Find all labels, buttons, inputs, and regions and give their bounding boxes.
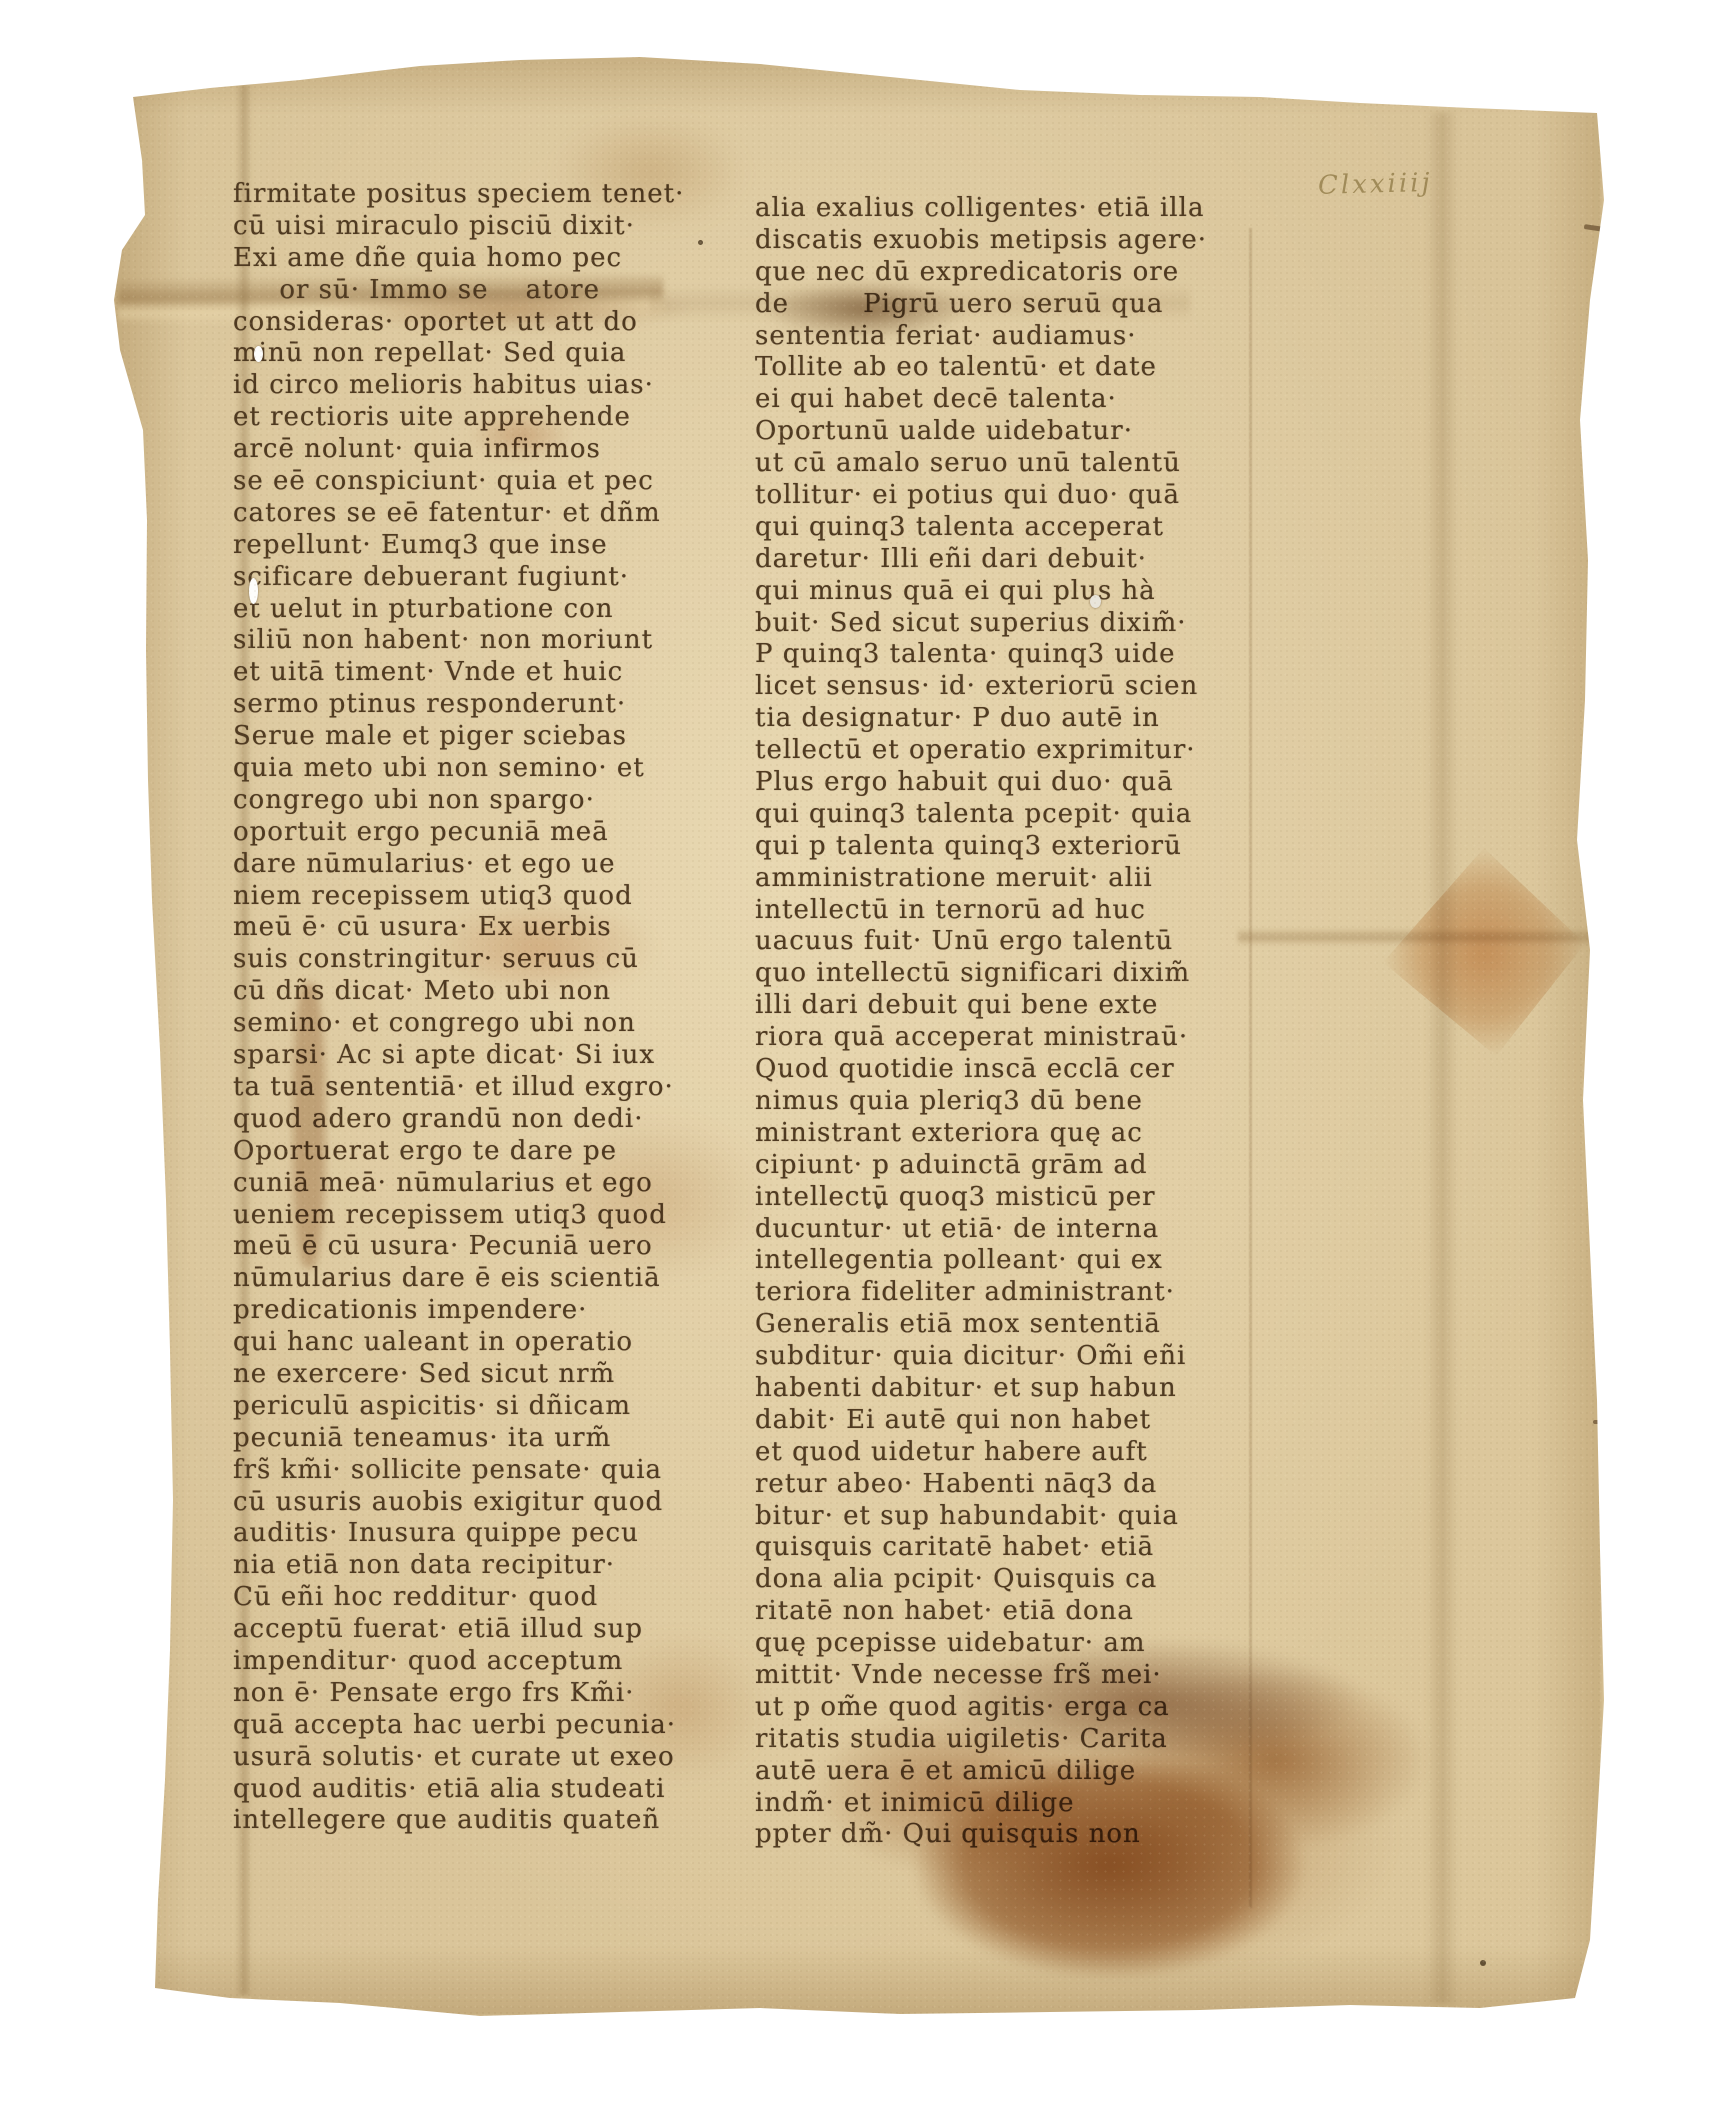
text-line: ministrant exteriora quę ac — [755, 1118, 1255, 1150]
stitch-mark — [1590, 1104, 1599, 1108]
text-line: Cū eñi hoc redditur· quod — [233, 1582, 725, 1614]
edge-shading-bottom — [150, 1948, 1595, 2016]
text-line: et quod uidetur habere auft — [755, 1437, 1255, 1469]
ink-speck — [876, 1204, 881, 1209]
text-line: Plus ergo habuit qui duo· quā — [755, 767, 1255, 799]
text-line: minū non repellat· Sed quia — [233, 338, 725, 370]
stitch-mark — [1593, 1420, 1602, 1424]
text-line: nimus quia pleriq3 dū bene — [755, 1086, 1255, 1118]
text-line: catores se eē fatentur· et dñm — [233, 498, 725, 530]
text-line: cū uisi miraculo pisciū dixit· — [233, 211, 725, 243]
text-line: tellectū et operatio exprimitur· — [755, 735, 1255, 767]
text-line: intellegere que auditis quateñ — [233, 1805, 725, 1837]
text-line: auditis· Inusura quippe pecu — [233, 1518, 725, 1550]
text-line: licet sensus· id· exteriorū scien — [755, 671, 1255, 703]
text-line: quo intellectū significari dixim̃ — [755, 958, 1255, 990]
text-line: amministratione meruit· alii — [755, 863, 1255, 895]
text-line: qui p talenta quinq3 exteriorū — [755, 831, 1255, 863]
text-line: discatis exuobis metipsis agere· — [755, 225, 1255, 257]
text-line: sermo ptinus responderunt· — [233, 689, 725, 721]
text-line: scificare debuerant fugiunt· — [233, 562, 725, 594]
text-line: semino· et congrego ubi non — [233, 1008, 725, 1040]
text-line: Oportuerat ergo te dare pe — [233, 1136, 725, 1168]
text-line: et rectioris uite apprehende — [233, 402, 725, 434]
text-line: siliū non habent· non moriunt — [233, 625, 725, 657]
text-line: acceptū fuerat· etiā illud sup — [233, 1614, 725, 1646]
text-line: meū ē cū usura· Pecuniā uero — [233, 1231, 725, 1263]
text-line: sparsi· Ac si apte dicat· Si iux — [233, 1040, 725, 1072]
surface-fleck — [1090, 595, 1101, 608]
ink-speck — [1480, 1960, 1486, 1966]
text-line: dabit· Ei autē qui non habet — [755, 1405, 1255, 1437]
text-line: cuniā meā· nūmularius et ego — [233, 1168, 725, 1200]
text-line: suis constringitur· seruus cū — [233, 944, 725, 976]
text-line: frs̃ km̃i· sollicite pensate· quia — [233, 1455, 725, 1487]
text-line: ppter dm̃· Qui quisquis non — [755, 1819, 1255, 1851]
text-line: consideras· oportet ut att do — [233, 307, 725, 339]
text-line: impenditur· quod acceptum — [233, 1646, 725, 1678]
text-line: intellectū in ternorū ad huc — [755, 895, 1255, 927]
text-line: teriora fideliter administrant· — [755, 1277, 1255, 1309]
parchment-leaf: Clxxiiij firmitate positus speciem tenet… — [0, 0, 1712, 2126]
edge-shading-left — [112, 88, 186, 2003]
text-line: Tollite ab eo talentū· et date — [755, 352, 1255, 384]
text-line: predicationis impendere· — [233, 1295, 725, 1327]
text-line: ritatē non habet· etiā dona — [755, 1596, 1255, 1628]
text-line: dare nūmularius· et ego ue — [233, 849, 725, 881]
text-column-right: alia exalius colligentes· etiā illadisca… — [755, 193, 1255, 1851]
text-line: retur abeo· Habenti nāq3 da — [755, 1469, 1255, 1501]
text-line: ueniem recepissem utiq3 quod — [233, 1200, 725, 1232]
text-line: intellectū quoq3 misticū per — [755, 1182, 1255, 1214]
text-line: or sū· Immo se atore — [233, 275, 725, 307]
text-line: alia exalius colligentes· etiā illa — [755, 193, 1255, 225]
text-line: ei qui habet decē talenta· — [755, 384, 1255, 416]
text-line: quod adero grandū non dedi· — [233, 1104, 725, 1136]
text-line: que nec dū expredicatoris ore — [755, 257, 1255, 289]
text-line: subditur· quia dicitur· Om̃i eñi — [755, 1341, 1255, 1373]
text-line: pecuniā teneamus· ita urm̃ — [233, 1423, 725, 1455]
text-line: cipiunt· p aduinctā grām ad — [755, 1150, 1255, 1182]
text-line: ta tuā sententiā· et illud exgro· — [233, 1072, 725, 1104]
stitch-mark — [1584, 224, 1612, 233]
text-line: se eē conspiciunt· quia et pec — [233, 466, 725, 498]
text-line: Exi ame dñe quia homo pec — [233, 243, 725, 275]
text-line: periculū aspicitis· si dñicam — [233, 1391, 725, 1423]
text-line: ut cū amalo seruo unū talentū — [755, 448, 1255, 480]
text-line: qui quinq3 talenta pcepit· quia — [755, 799, 1255, 831]
text-line: repellunt· Eumq3 que inse — [233, 530, 725, 562]
horizontal-crease-mid-right — [1238, 928, 1604, 946]
sewing-hole — [249, 578, 258, 604]
text-line: P quinq3 talenta· quinq3 uide — [755, 639, 1255, 671]
text-line: non ē· Pensate ergo frs Km̃i· — [233, 1678, 725, 1710]
text-line: Quod quotidie inscā ecclā cer — [755, 1054, 1255, 1086]
text-line: Generalis etiā mox sententiā — [755, 1309, 1255, 1341]
vertical-fold-crease-right — [1426, 112, 1458, 2004]
text-line: niem recepissem utiq3 quod — [233, 881, 725, 913]
text-line: ne exercere· Sed sicut nrm̃ — [233, 1359, 725, 1391]
text-line: usurā solutis· et curate ut exeo — [233, 1742, 725, 1774]
text-line: ritatis studia uigiletis· Carita — [755, 1724, 1255, 1756]
text-line: id circo melioris habitus uias· — [233, 370, 725, 402]
text-line: qui hanc ualeant in operatio — [233, 1327, 725, 1359]
text-line: oportuit ergo pecuniā meā — [233, 817, 725, 849]
edge-shading-top — [130, 55, 1600, 113]
text-line: qui minus quā ei qui plus hà — [755, 576, 1255, 608]
text-line: uacuus fuit· Unū ergo talentū — [755, 926, 1255, 958]
manuscript-photo: Clxxiiij firmitate positus speciem tenet… — [0, 0, 1712, 2126]
text-line: meū ē· cū usura· Ex uerbis — [233, 912, 725, 944]
text-line: quisquis caritatē habet· etiā — [755, 1532, 1255, 1564]
folio-number: Clxxiiij — [1318, 165, 1539, 201]
text-line: autē uera ē et amicū dilige — [755, 1756, 1255, 1788]
text-line: et uelut in pturbatione con — [233, 594, 725, 626]
text-line: quā accepta hac uerbi pecunia· — [233, 1710, 725, 1742]
text-line: cū dñs dicat· Meto ubi non — [233, 976, 725, 1008]
text-line: firmitate positus speciem tenet· — [233, 179, 725, 211]
text-line: riora quā acceperat ministraū· — [755, 1022, 1255, 1054]
text-line: habenti dabitur· et sup habun — [755, 1373, 1255, 1405]
text-line: congrego ubi non spargo· — [233, 785, 725, 817]
text-line: dona alia pcipit· Quisquis ca — [755, 1564, 1255, 1596]
text-line: ducuntur· ut etiā· de interna — [755, 1214, 1255, 1246]
text-line: Serue male et piger sciebas — [233, 721, 725, 753]
text-line: et uitā timent· Vnde et huic — [233, 657, 725, 689]
text-line: bitur· et sup habundabit· quia — [755, 1501, 1255, 1533]
diamond-patch-stain — [1383, 848, 1585, 1056]
text-line: cū usuris auobis exigitur quod — [233, 1487, 725, 1519]
text-line: quia meto ubi non semino· et — [233, 753, 725, 785]
text-line: buit· Sed sicut superius dixim̃· — [755, 608, 1255, 640]
text-line: daretur· Illi eñi dari debuit· — [755, 544, 1255, 576]
text-line: intellegentia polleant· qui ex — [755, 1245, 1255, 1277]
text-line: Oportunū ualde uidebatur· — [755, 416, 1255, 448]
sewing-hole — [254, 346, 263, 362]
text-line: arcē nolunt· quia infirmos — [233, 434, 725, 466]
text-line: quod auditis· etiā alia studeati — [233, 1774, 725, 1806]
text-line: nia etiā non data recipitur· — [233, 1550, 725, 1582]
text-line: quę pcepisse uidebatur· am — [755, 1628, 1255, 1660]
ink-speck — [698, 240, 703, 245]
text-line: tia designatur· P duo autē in — [755, 703, 1255, 735]
text-line: indm̃· et inimicū dilige — [755, 1788, 1255, 1820]
edge-shading-right — [1536, 108, 1602, 2008]
text-column-left: firmitate positus speciem tenet·cū uisi … — [233, 179, 725, 1837]
text-line: tollitur· ei potius qui duo· quā — [755, 480, 1255, 512]
text-line: nūmularius dare ē eis scientiā — [233, 1263, 725, 1295]
text-line: mittit· Vnde necesse frs̃ mei· — [755, 1660, 1255, 1692]
text-line: de Pigrū uero seruū qua — [755, 289, 1255, 321]
text-line: sententia feriat· audiamus· — [755, 321, 1255, 353]
text-line: ut p om̃e quod agitis· erga ca — [755, 1692, 1255, 1724]
text-line: illi dari debuit qui bene exte — [755, 990, 1255, 1022]
text-line: qui quinq3 talenta acceperat — [755, 512, 1255, 544]
